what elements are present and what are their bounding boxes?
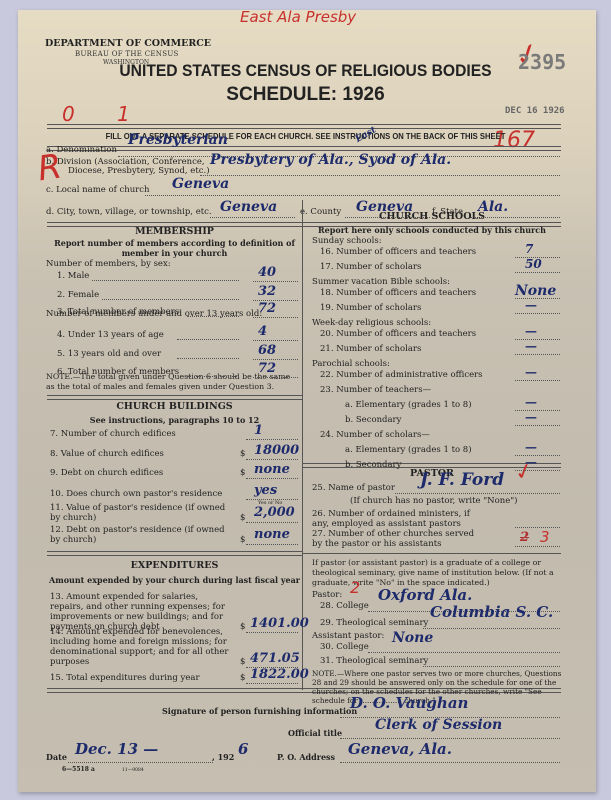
form-code: 6—5518 a [62, 766, 95, 773]
official-title-line [340, 738, 560, 739]
school-row-label: 20. Number of officers and teachers [320, 329, 476, 339]
expenditure-value-field[interactable]: 471.05 [250, 651, 300, 666]
asst-college-field[interactable]: None [392, 630, 433, 646]
member-value-field[interactable]: 40 [258, 265, 276, 280]
currency-symbol: $ [240, 673, 245, 683]
school-value-field[interactable]: None [515, 283, 556, 299]
expenditure-row-label: 15. Total expenditures during year [50, 673, 230, 683]
other-churches-struck: 2 [520, 530, 529, 545]
bureau-name: BUREAU OF THE CENSUS [75, 50, 179, 58]
currency-symbol: $ [240, 622, 245, 632]
member-value-field[interactable]: 68 [258, 343, 276, 358]
department-name: DEPARTMENT OF COMMERCE [45, 38, 211, 49]
school-row-label: 22. Number of administrative officers [320, 370, 483, 380]
building-row-label: 10. Does church own pastor's residence [50, 489, 230, 499]
school-row-label: 24. Number of scholars— [320, 430, 430, 440]
member-value-field[interactable]: 32 [258, 284, 276, 299]
member-row-line [253, 340, 298, 341]
building-row-line [246, 459, 298, 460]
school-group-heading: Parochial schools: [312, 359, 390, 369]
pastor-name-label: 25. Name of pastor [312, 483, 395, 493]
pastor-name-hint: (If church has no pastor, write "None") [350, 496, 517, 506]
member-value-field[interactable]: 72 [258, 301, 276, 316]
school-row-line [515, 470, 560, 471]
currency-symbol: $ [240, 513, 245, 523]
denomination-field[interactable]: Presbyterian [128, 132, 228, 148]
school-row-label: a. Elementary (grades 1 to 8) [345, 445, 472, 455]
pastor-name-field[interactable]: J. F. Ford [420, 470, 504, 490]
division-field[interactable]: Presbytery of Ala., Syod of Ala. [210, 152, 451, 168]
expenditures-subtitle: Amount expended by your church during la… [47, 575, 302, 585]
divider [302, 553, 561, 554]
school-row-label: 16. Number of officers and teachers [320, 247, 476, 257]
divider [47, 146, 561, 151]
school-group-heading: Sunday schools: [312, 236, 382, 246]
school-value-field[interactable]: 50 [525, 257, 542, 271]
building-row-label: 11. Value of pastor's residence (if owne… [50, 503, 230, 523]
expenditures-title: EXPENDITURES [47, 560, 302, 571]
building-value-field[interactable]: 18000 [254, 443, 299, 458]
expenditure-row-label: 14. Amount expended for benevolences, in… [50, 627, 230, 667]
school-row-line [515, 339, 560, 340]
school-row-line [515, 410, 560, 411]
member-value-field[interactable]: 4 [258, 324, 267, 339]
building-row-label: 7. Number of church edifices [50, 429, 230, 439]
building-row-line [246, 522, 298, 523]
address-label: P. O. Address [277, 752, 335, 762]
building-value-field[interactable]: 1 [254, 423, 263, 438]
annotation-top: East Ala Presby [240, 8, 356, 26]
division-line [200, 175, 560, 176]
building-row-label: 8. Value of church edifices [50, 449, 230, 459]
building-row-label: 9. Debt on church edifices [50, 468, 230, 478]
school-group-heading: Week-day religious schools: [312, 318, 431, 328]
divider [47, 124, 561, 129]
city-line [210, 217, 295, 218]
assistant-label: Assistant pastor: [312, 631, 384, 641]
asst-college-label: 30. College [320, 642, 369, 652]
address-field[interactable]: Geneva, Ala. [348, 740, 452, 758]
school-row-label: 21. Number of scholars [320, 344, 421, 354]
division-label-2: Diocese, Presbytery, Synod, etc.) [68, 166, 210, 176]
building-row-line [246, 439, 298, 440]
currency-symbol: $ [240, 468, 245, 478]
other-churches-line [515, 546, 560, 547]
member-row-leader [177, 358, 239, 359]
school-value-field[interactable]: 7 [525, 242, 533, 256]
expenditure-value-field[interactable]: 1401.00 [250, 616, 309, 631]
pastor-name-line [395, 493, 560, 494]
buildings-title: CHURCH BUILDINGS [47, 401, 302, 412]
asst-college-line [368, 652, 560, 653]
school-row-line [515, 354, 560, 355]
member-row-label: 2. Female [57, 290, 99, 300]
member-value-field[interactable]: 72 [258, 361, 276, 376]
school-row-label: 17. Number of scholars [320, 262, 421, 272]
school-value-field[interactable]: — [525, 455, 537, 469]
school-value-field[interactable]: — [525, 440, 537, 454]
building-row-label: 12. Debt on pastor's residence (if owned… [50, 525, 230, 545]
local-name-field[interactable]: Geneva [172, 176, 229, 192]
school-value-field[interactable]: — [525, 298, 537, 312]
member-row-line [253, 281, 298, 282]
form-title: UNITED STATES CENSUS OF RELIGIOUS BODIES [24, 61, 586, 81]
member-row-label: 4. Under 13 years of age [57, 330, 164, 340]
school-row-label: b. Secondary [345, 460, 401, 470]
seminary-field[interactable]: Columbia S. C. [430, 603, 553, 621]
school-value-field[interactable]: — [525, 365, 537, 379]
member-row-label: 1. Male [57, 271, 89, 281]
school-value-field[interactable]: — [525, 395, 537, 409]
denomination-label: a. Denomination [46, 145, 117, 155]
by-sex-label: Number of members, by sex: [46, 259, 171, 269]
membership-title: MEMBERSHIP [47, 226, 302, 237]
college-field[interactable]: Oxford Ala. [378, 586, 472, 604]
school-row-line [515, 313, 560, 314]
year-field[interactable]: 6 [238, 740, 248, 758]
signature-label: Signature of person furnishing informati… [162, 706, 357, 716]
member-row-line [253, 359, 298, 360]
graduate-note: If pastor (or assistant pastor) is a gra… [312, 558, 558, 588]
seminary-line [423, 628, 560, 629]
ministers-label: 26. Number of ordained ministers, if any… [312, 509, 482, 529]
expenditure-row-line [246, 632, 298, 633]
school-row-line [515, 425, 560, 426]
member-row-label: 6. Total number of members [57, 367, 179, 377]
school-row-label: a. Elementary (grades 1 to 8) [345, 400, 472, 410]
school-row-line [515, 272, 560, 273]
divider [47, 395, 302, 400]
local-name-label: c. Local name of church [46, 185, 149, 195]
member-row-line [253, 377, 298, 378]
school-row-label: 23. Number of teachers— [320, 385, 431, 395]
pastor-mark: 2 [350, 578, 360, 597]
member-row-label: 3. Total number of members [57, 307, 179, 317]
expenditure-row-label: 13. Amount expended for salaries, repair… [50, 592, 230, 632]
member-row-line [253, 317, 298, 318]
building-row-line [246, 544, 298, 545]
seminary-label: 29. Theological seminary [320, 618, 428, 628]
year-prefix: , 192 [212, 752, 234, 762]
building-value-field[interactable]: yes [254, 483, 277, 498]
print-code: 11—9084 [122, 768, 144, 773]
member-row-leader [177, 339, 239, 340]
expenditure-row-line [246, 683, 298, 684]
ministers-line [515, 527, 560, 528]
currency-symbol: $ [240, 657, 245, 667]
date-line [68, 762, 213, 763]
other-churches-label: 27. Number of other churches served by t… [312, 529, 482, 549]
building-row-line [246, 478, 298, 479]
city-field[interactable]: Geneva [220, 199, 277, 215]
local-name-line [145, 195, 560, 196]
school-row-label: 18. Number of officers and teachers [320, 288, 476, 298]
school-value-field[interactable]: — [525, 324, 537, 338]
member-row-label: 5. 13 years old and over [57, 349, 161, 359]
received-date-stamp: DEC 16 1926 [505, 106, 565, 116]
school-row-line [515, 455, 560, 456]
building-value-field[interactable]: none [254, 462, 290, 477]
member-row-leader [92, 280, 239, 281]
date-label: Date [46, 752, 67, 762]
member-row-leader [187, 316, 239, 317]
expenditure-value-field[interactable]: 1822.00 [250, 667, 309, 682]
school-value-field[interactable]: — [525, 339, 537, 353]
schools-subtitle: Report here only schools conducted by th… [302, 225, 562, 235]
building-value-field[interactable]: none [254, 527, 290, 542]
school-value-field[interactable]: — [525, 410, 537, 424]
college-label: 28. College [320, 601, 369, 611]
official-title-label: Official title [288, 728, 342, 738]
schools-title: CHURCH SCHOOLS [302, 211, 562, 222]
city-label: d. City, town, village, or township, etc… [46, 207, 212, 217]
member-row-leader [102, 299, 239, 300]
address-line [340, 762, 560, 763]
school-row-label: b. Secondary [345, 415, 401, 425]
fill-out-instruction: FILL OUT A SEPARATE SCHEDULE FOR EACH CH… [31, 131, 581, 141]
school-group-heading: Summer vacation Bible schools: [312, 277, 450, 287]
pastor-label: Pastor: [312, 590, 342, 600]
other-churches-field[interactable]: 3 [540, 528, 550, 546]
school-row-line [515, 380, 560, 381]
signature-field[interactable]: D. O. Vaughan [350, 694, 468, 712]
divider [47, 551, 302, 556]
currency-symbol: $ [240, 535, 245, 545]
currency-symbol: $ [240, 449, 245, 459]
date-field[interactable]: Dec. 13 — [75, 740, 158, 758]
member-row-leader [187, 376, 239, 377]
official-title-field[interactable]: Clerk of Session [375, 717, 502, 733]
schedule-title: SCHEDULE: 1926 [0, 84, 611, 106]
building-value-field[interactable]: 2,000 [254, 505, 295, 520]
school-row-label: 19. Number of scholars [320, 303, 421, 313]
buildings-subtitle: See instructions, paragraphs 10 to 12 [47, 415, 302, 425]
membership-subtitle: Report number of members according to de… [52, 238, 297, 258]
